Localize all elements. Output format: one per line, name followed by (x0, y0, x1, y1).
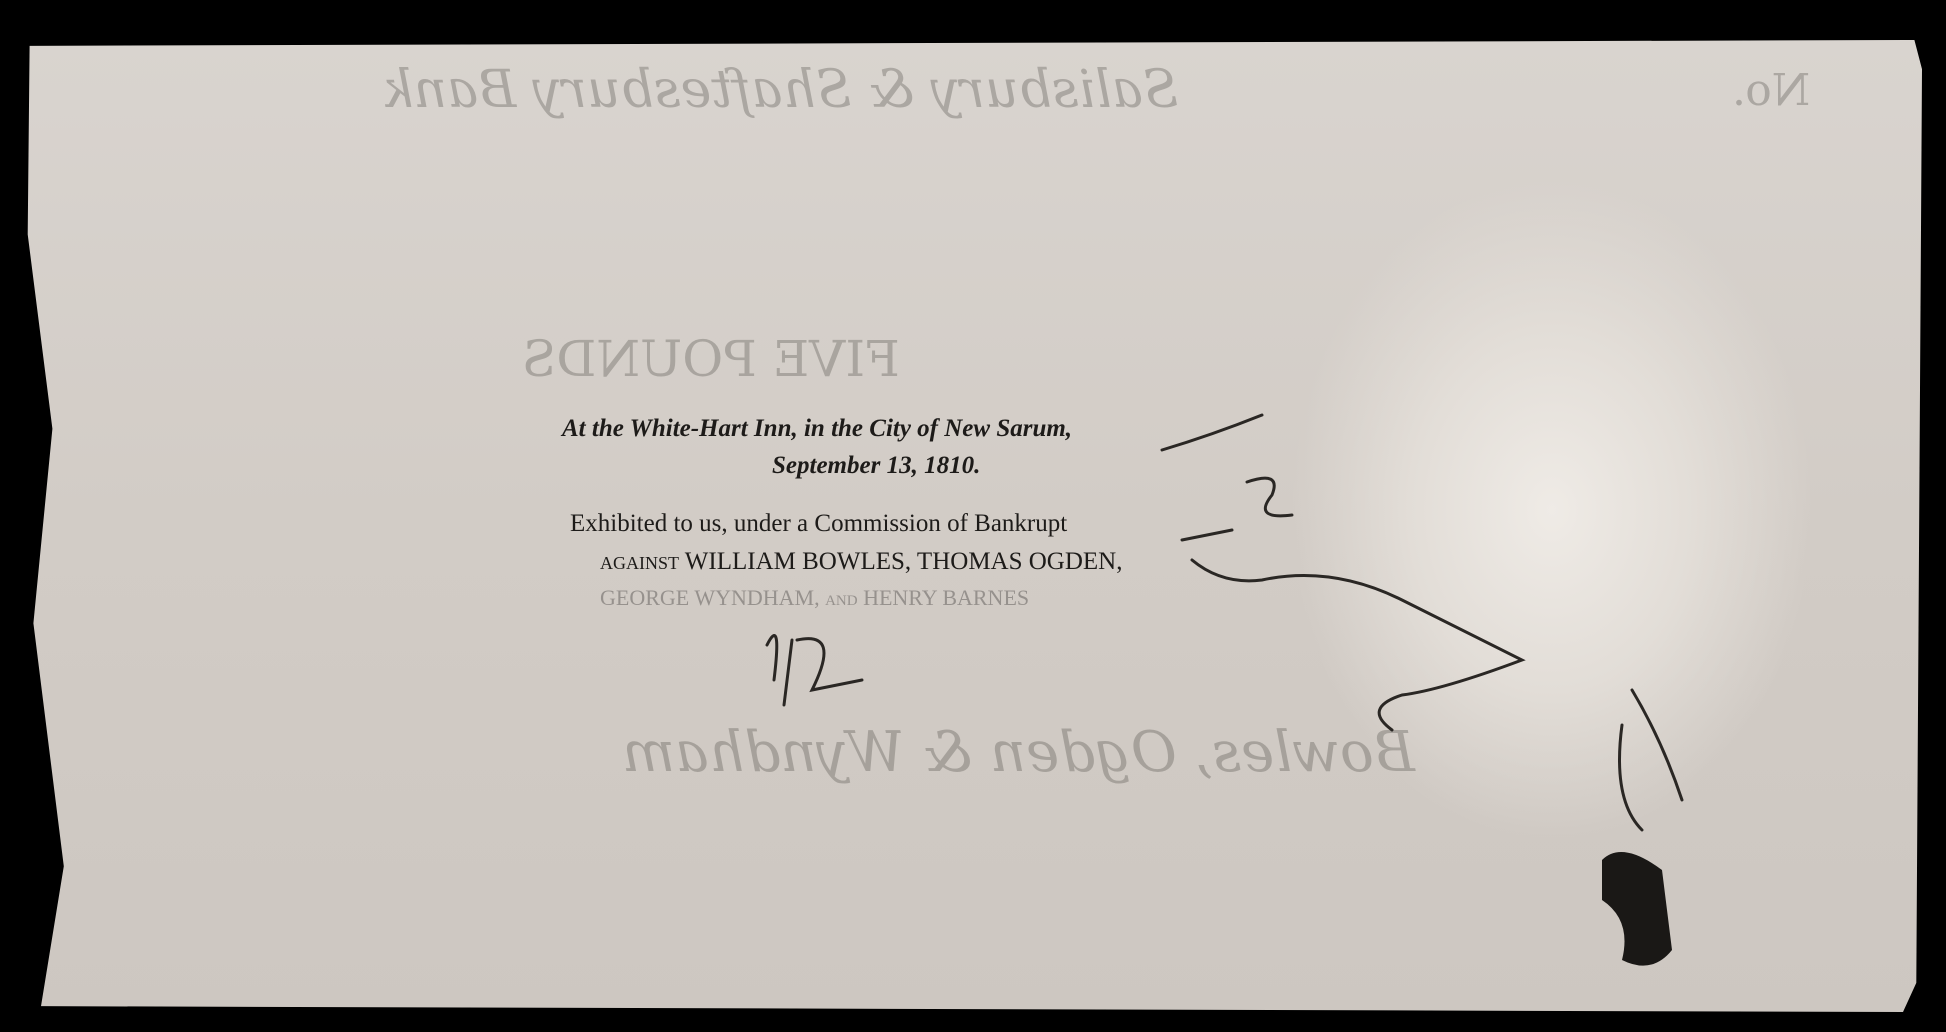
handwritten-signature-marks (22, 40, 1922, 1012)
bank-note: Salisbury & Shaftesbury Bank No. FIVE PO… (22, 40, 1922, 1012)
